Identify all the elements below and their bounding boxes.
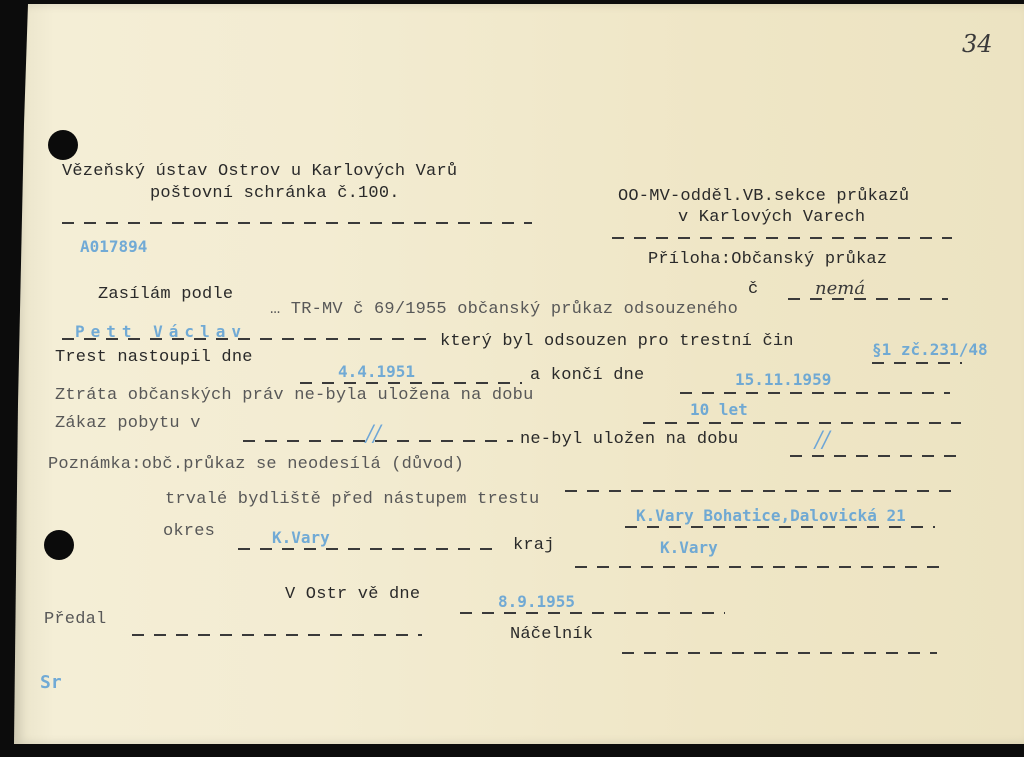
reference-stamp: A017894 bbox=[80, 237, 147, 256]
start-date: 4.4.1951 bbox=[338, 362, 415, 381]
district-value: K.Vary bbox=[272, 528, 330, 547]
chief-label: Náčelník bbox=[510, 625, 593, 644]
body-line-5-mid: ne-byl uložen na dobu bbox=[520, 430, 738, 449]
fill-line bbox=[460, 612, 725, 614]
end-date: 15.11.1959 bbox=[735, 370, 831, 389]
punch-hole bbox=[44, 530, 74, 560]
fill-line bbox=[62, 338, 432, 340]
note-text: Poznámka:obč.průkaz se neodesílá (důvod) bbox=[48, 455, 464, 474]
body-line-3-text: Trest nastoupil dne bbox=[55, 348, 253, 367]
place-date-label: V Ostr vě dne bbox=[285, 585, 420, 604]
residence-ban-place: // bbox=[366, 422, 381, 447]
fill-line bbox=[643, 422, 961, 424]
fill-line bbox=[872, 362, 962, 364]
residence-text: trvalé bydliště před nástupem trestu bbox=[165, 490, 539, 509]
handed-label: Předal bbox=[44, 610, 106, 629]
recipient-line-2: v Karlových Varech bbox=[678, 208, 865, 227]
fill-line bbox=[680, 392, 950, 394]
attachment-label: Příloha:Občanský průkaz bbox=[648, 250, 887, 269]
divider bbox=[612, 237, 952, 239]
signature-line bbox=[622, 652, 937, 654]
body-line-1-text: Zasílám podle bbox=[98, 285, 233, 304]
sender-line-2: poštovní schránka č.100. bbox=[150, 184, 400, 203]
attachment-number-label: č bbox=[748, 280, 758, 299]
body-line-2-text: který byl odsouzen pro trestní čin bbox=[440, 332, 794, 351]
fill-line bbox=[565, 490, 955, 492]
date-value: 8.9.1955 bbox=[498, 592, 575, 611]
civil-loss-duration: 10 let bbox=[690, 400, 748, 419]
fill-line bbox=[575, 566, 940, 568]
residence-value: K.Vary Bohatice,Dalovická 21 bbox=[636, 506, 906, 525]
sender-line-1: Vězeňský ústav Ostrov u Karlových Varů bbox=[62, 162, 457, 181]
fill-line bbox=[300, 382, 522, 384]
fill-line bbox=[625, 526, 935, 528]
region-label: kraj bbox=[513, 536, 555, 555]
region-value: K.Vary bbox=[660, 538, 718, 557]
fill-line bbox=[243, 440, 513, 442]
initials-stamp: Sr bbox=[40, 672, 62, 693]
recipient-line-1: OO-MV-odděl.VB.sekce průkazů bbox=[618, 187, 909, 206]
residence-ban-duration: // bbox=[815, 428, 830, 453]
page-number: 34 bbox=[962, 30, 993, 58]
offense-value: §1 zč.231/48 bbox=[872, 340, 988, 359]
signature-line bbox=[132, 634, 422, 636]
fill-line bbox=[238, 548, 500, 550]
body-line-5-text: Zákaz pobytu v bbox=[55, 414, 201, 433]
body-line-1-ref: … TR-MV č 69/1955 občanský průkaz odsouz… bbox=[270, 300, 738, 319]
attachment-number-value: nemá bbox=[815, 278, 865, 299]
fill-line bbox=[790, 455, 958, 457]
fill-line bbox=[788, 298, 948, 300]
body-line-4-text: Ztráta občanských práv ne-byla uložena n… bbox=[55, 386, 533, 405]
body-line-3-mid: a končí dne bbox=[530, 366, 644, 385]
divider bbox=[62, 222, 532, 224]
district-label: okres bbox=[163, 522, 215, 541]
punch-hole bbox=[48, 130, 78, 160]
